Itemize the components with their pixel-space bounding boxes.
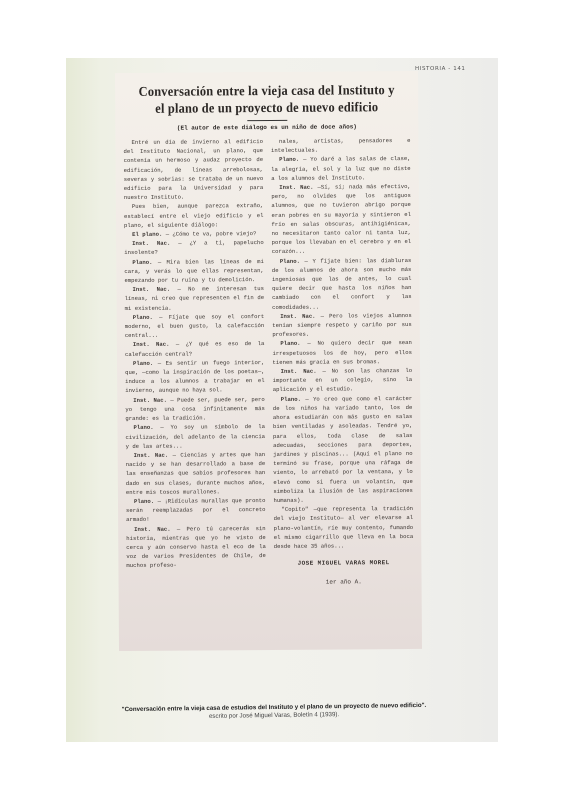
dialogue-paragraph: Pues bien, aunque parezca extraño, estab… bbox=[124, 201, 264, 230]
newspaper-clipping: Conversación entre la vieja casa del Ins… bbox=[115, 71, 422, 651]
dialogue-paragraph: Inst. Nac. —Sí, sí; nada más efectivo, p… bbox=[271, 182, 411, 257]
dialogue-paragraph: Inst. Nac. — ¿Y qué es eso de la calefac… bbox=[125, 339, 265, 358]
clipping-subtitle: (El autor de este diálogo es un niño de … bbox=[115, 123, 418, 132]
speaker-label: Plano. bbox=[279, 156, 303, 163]
dialogue-paragraph: Inst. Nac. — Pero los viejos alumnos ten… bbox=[272, 311, 412, 340]
speaker-label: Plano. bbox=[281, 395, 306, 402]
speaker-label: Plano. bbox=[280, 340, 307, 347]
dialogue-paragraph: Plano. — Yo creo que como el carácter de… bbox=[273, 394, 413, 505]
speaker-label: Plano. bbox=[133, 424, 160, 431]
dialogue-paragraph: Plano. — No quiero decir que sean irresp… bbox=[272, 338, 412, 367]
dialogue-text: —Sí, sí; nada más efectivo, pero, no olv… bbox=[271, 183, 411, 255]
speaker-label: Inst. Nac. bbox=[280, 312, 321, 319]
dialogue-paragraph: Plano. — ¡Ridículas murallas que pronto … bbox=[126, 496, 266, 525]
clipping-title: Conversación entre la vieja casa del Ins… bbox=[135, 81, 399, 117]
speaker-label: Plano. bbox=[280, 257, 305, 264]
dialogue-text: — ¿Cómo te va, pobre viejo? bbox=[166, 230, 257, 238]
dialogue-paragraph: Inst. Nac. — No me interesan tus líneas,… bbox=[124, 284, 264, 313]
author-grade: 1er año A. bbox=[274, 577, 414, 587]
running-head: HISTORIA - 141 bbox=[415, 66, 466, 72]
dialogue-paragraph: Plano. — Y fíjate bien: las diabluras de… bbox=[272, 256, 412, 312]
speaker-label: Inst. Nac. bbox=[132, 286, 177, 293]
speaker-label: Inst. Nac. bbox=[134, 525, 177, 532]
dialogue-text: Entré un día de invierno al edificio del… bbox=[124, 138, 264, 201]
dialogue-paragraph: Entré un día de invierno al edificio del… bbox=[123, 137, 263, 202]
dialogue-paragraph: Plano. — Mira bien las líneas de mi cara… bbox=[124, 257, 264, 286]
speaker-label: Inst. Nac. bbox=[134, 452, 173, 459]
speaker-label: Inst. Nac. bbox=[133, 396, 170, 403]
dialogue-text: — Yo creo que como el carácter de los ni… bbox=[273, 395, 413, 504]
dialogue-paragraph: Plano. — Es sentir un fuego interior, qu… bbox=[125, 358, 265, 396]
speaker-label: Plano. bbox=[134, 498, 158, 505]
speaker-label: Inst. Nac. bbox=[281, 368, 323, 375]
left-column: Entré un día de invierno al edificio del… bbox=[123, 137, 266, 589]
speaker-label: Inst. Nac. bbox=[133, 341, 176, 348]
dialogue-paragraph: "Copito" —que representa la tradición de… bbox=[274, 504, 414, 551]
speaker-label: Inst. Nac. bbox=[279, 184, 317, 191]
speaker-label: Plano. bbox=[133, 314, 159, 321]
title-divider bbox=[247, 120, 287, 121]
speaker-label: Plano. bbox=[133, 360, 158, 367]
dialogue-paragraph: nales, artistas, pensadores e intelectua… bbox=[271, 136, 411, 155]
dialogue-paragraph: Plano. — Fíjate que soy el confort moder… bbox=[125, 312, 265, 341]
speaker-label: Plano. bbox=[132, 258, 158, 265]
dialogue-paragraph: Plano. — Yo soy un símbolo de la civiliz… bbox=[125, 422, 265, 451]
dialogue-text: nales, artistas, pensadores e intelectua… bbox=[271, 137, 410, 154]
speaker-label: El plano. bbox=[132, 231, 166, 238]
speaker-label: Inst. Nac. bbox=[132, 240, 178, 247]
dialogue-paragraph: Plano. — Yo daré a las salas de clase, l… bbox=[271, 154, 411, 183]
dialogue-text: Pues bien, aunque parezca extraño, estab… bbox=[124, 202, 264, 228]
dialogue-paragraph: Inst. Nac. — Puede ser, puede ser, pero … bbox=[125, 395, 265, 424]
dialogue-paragraph: Inst. Nac. — Pero tú carecerás sin histo… bbox=[126, 524, 266, 571]
dialogue-paragraph: Inst. Nac. — No son las chanzas lo impor… bbox=[273, 366, 413, 395]
dialogue-paragraph: Inst. Nac. — ¿Y a ti, papelucho insolent… bbox=[124, 238, 264, 257]
right-column: nales, artistas, pensadores e intelectua… bbox=[271, 136, 414, 588]
dialogue-paragraph: Inst. Nac. — Ciencias y artes que han na… bbox=[126, 450, 266, 497]
dialogue-text: "Copito" —que representa la tradición de… bbox=[274, 505, 414, 550]
author-signature: JOSE MIGUEL VARAS MOREL bbox=[274, 558, 414, 568]
